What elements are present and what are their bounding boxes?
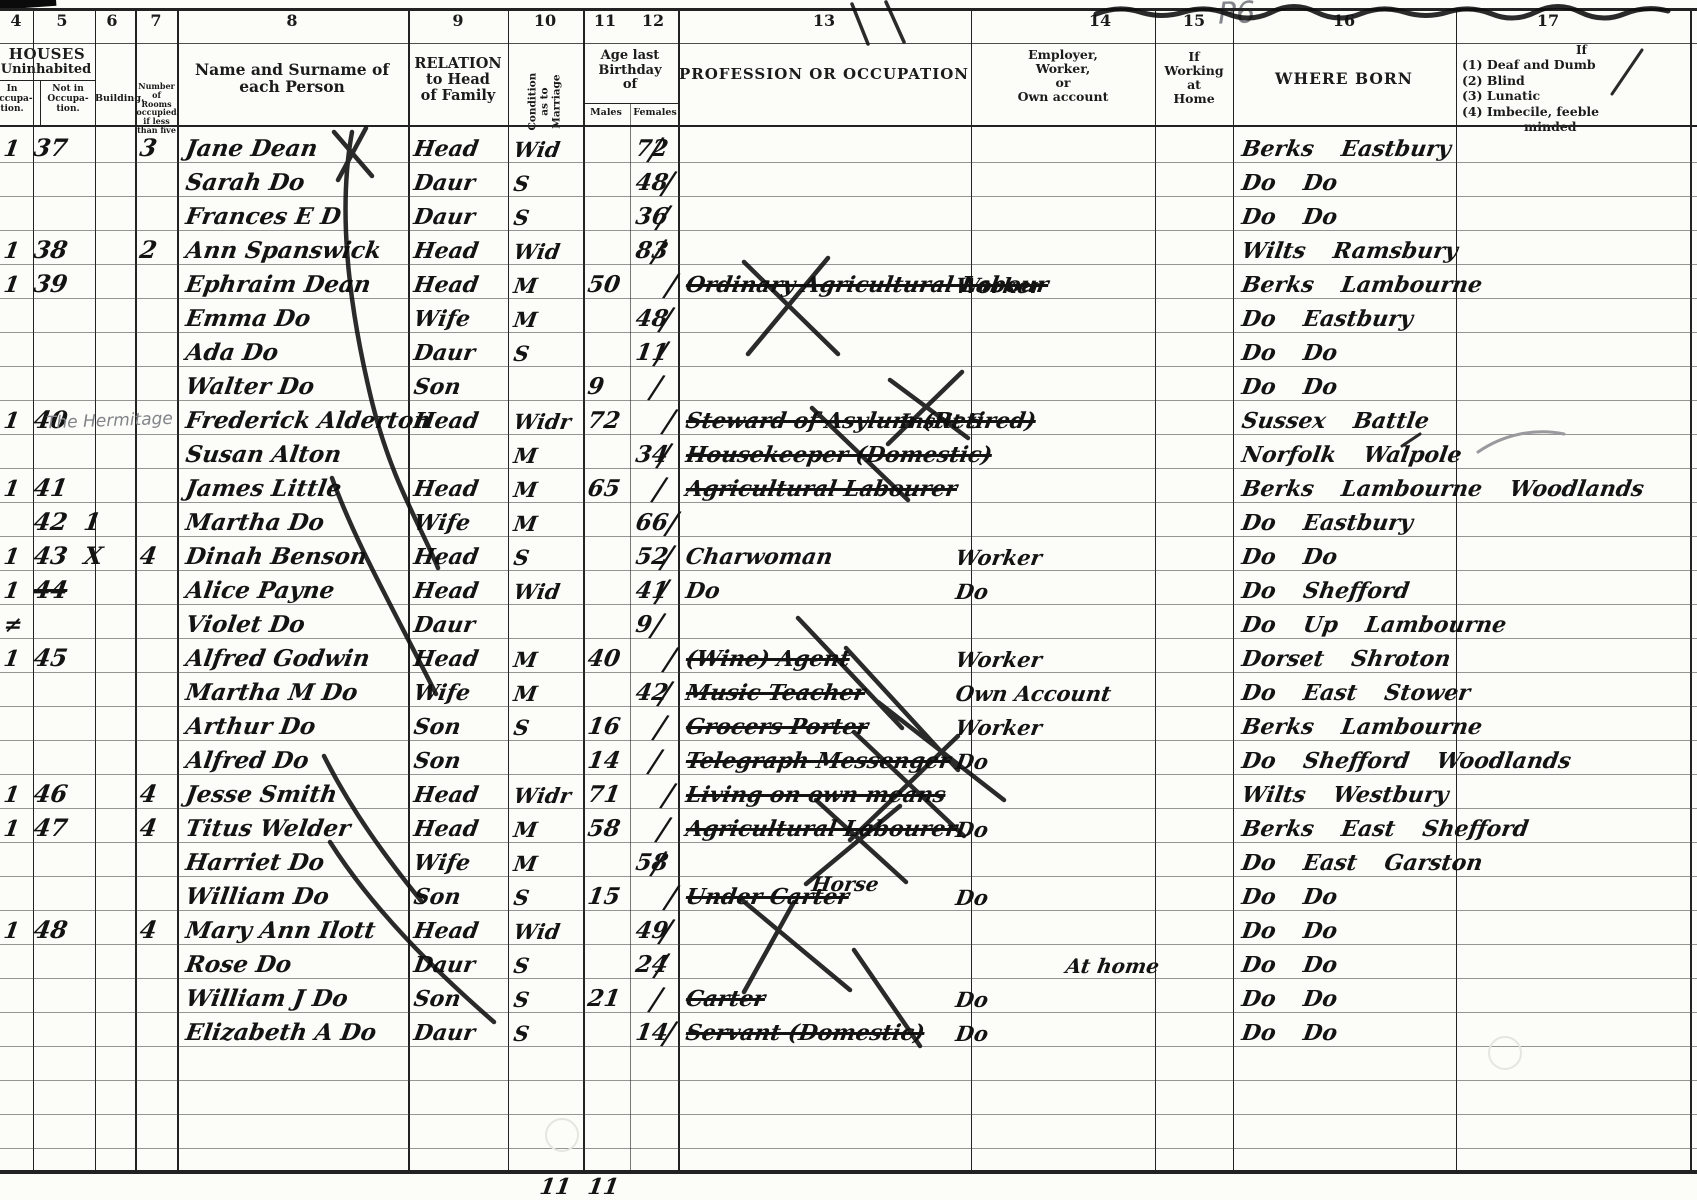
employer-cell: Worker [954, 275, 1043, 296]
name-cell: Frances E D [184, 205, 342, 228]
relation-cell: Daur [412, 954, 476, 976]
employer-cell: Do [954, 751, 990, 772]
census-row: Emma DoWifeM48Do Eastbury/ [0, 298, 1697, 332]
name-cell: Ann Spanswick [184, 239, 383, 262]
census-row: 140Frederick AldertonHeadWidr72Steward o… [0, 400, 1697, 434]
females-subheader: Females [633, 108, 676, 119]
born-cell: Dorset Shroton [1240, 648, 1452, 670]
name-surname-header: Name and Surname of each Person [195, 61, 389, 96]
rooms-cell: 4 [138, 782, 159, 806]
name-cell: Alfred Do [184, 749, 310, 772]
occupation-cell: Do [684, 580, 721, 602]
relation-cell: Wife [412, 682, 472, 704]
relation-cell: Wife [412, 512, 472, 534]
census-row: Harriet DoWifeM58Do East Garston/ [0, 842, 1697, 876]
tick-cell: 1 [2, 274, 21, 296]
name-cell: Martha Do [184, 511, 326, 534]
condition-cell: M [512, 853, 539, 874]
born-cell: Do Eastbury [1240, 512, 1414, 534]
name-cell: Sarah Do [184, 171, 306, 194]
relation-cell: Head [412, 410, 480, 432]
occupation-cell: (Wine) Agent [684, 648, 851, 670]
name-cell: Jane Dean [184, 137, 319, 160]
where-born-header: WHERE BORN [1275, 70, 1413, 87]
employer-cell: Do [954, 819, 990, 840]
age-header: Age last Birthday of [598, 49, 661, 93]
relation-cell: Head [412, 138, 480, 160]
census-row: Elizabeth A DoDaurS14Servant (Domestic)D… [0, 1012, 1697, 1046]
tick-cell: 1 [2, 920, 21, 942]
born-cell: Wilts Westbury [1240, 784, 1450, 806]
rule-line [0, 1170, 1697, 1174]
relation-cell: Head [412, 818, 480, 840]
rule-line [0, 1080, 1697, 1081]
condition-cell: Wid [512, 139, 561, 160]
name-cell: William Do [184, 885, 331, 908]
born-cell: Do Do [1240, 954, 1339, 976]
sched-cell: 41 [32, 476, 69, 500]
tick-cell: ≠ [2, 614, 24, 636]
born-cell: Do East Stower [1240, 682, 1471, 704]
occupation-cell: Music Teacher [684, 682, 867, 704]
name-cell: Mary Ann Ilott [184, 919, 377, 942]
rule-line [0, 43, 1697, 44]
born-cell: Do East Garston [1240, 852, 1484, 874]
uninhabited-header: Uninhabited [0, 63, 98, 78]
census-row: 143X4Dinah BensonHeadS52CharwomanWorkerD… [0, 536, 1697, 570]
column-number: 10 [534, 12, 556, 30]
condition-cell: M [512, 309, 539, 330]
name-cell: Dinah Benson [184, 545, 369, 568]
born-cell: Wilts Ramsbury [1240, 240, 1459, 262]
name-cell: William J Do [184, 987, 349, 1010]
relation-cell: Wife [412, 308, 472, 330]
name-cell: Walter Do [184, 375, 316, 398]
name-cell: Harriet Do [184, 851, 326, 874]
name-cell: James Little [184, 477, 343, 500]
relation-cell: Son [412, 716, 462, 738]
condition-cell: M [512, 445, 539, 466]
rule-line [0, 80, 95, 81]
born-cell: Do Do [1240, 1022, 1339, 1044]
relation-cell: Daur [412, 342, 476, 364]
building-header: Building. [95, 94, 135, 105]
in-occupation-header: In Occupa- tion. [0, 84, 40, 114]
rooms-cell: 2 [138, 238, 159, 262]
age-male-cell: 15 [586, 885, 622, 908]
relation-cell: Head [412, 274, 480, 296]
condition-cell: S [512, 547, 530, 568]
relation-cell: Head [412, 784, 480, 806]
name-cell: Martha M Do [184, 681, 359, 704]
at-home-cell: At home [1064, 956, 1160, 976]
born-cell: Norfolk Walpole [1240, 444, 1463, 466]
born-cell: Berks Lambourne [1240, 716, 1484, 738]
condition-cell: M [512, 513, 539, 534]
census-row: 1382Ann SpanswickHeadWid83Wilts Ramsbury… [0, 230, 1697, 264]
age-male-cell: 21 [586, 987, 622, 1010]
census-page-scan: 4567891011121314151617 HOUSES Uninhabite… [0, 0, 1697, 1200]
census-row: ≠Violet DoDaur9Do Up Lambourne/ [0, 604, 1697, 638]
column-number: 9 [452, 12, 463, 30]
tick-cell: 1 [2, 580, 21, 602]
born-cell: Do Do [1240, 206, 1339, 228]
born-cell: Do Shefford Woodlands [1240, 750, 1572, 772]
census-row: Susan AltonM34Housekeeper (Domestic)Norf… [0, 434, 1697, 468]
column-number: 4 [10, 12, 21, 30]
age-male-cell: 72 [586, 409, 622, 432]
condition-cell: Wid [512, 581, 561, 602]
age-male-cell: 65 [586, 477, 622, 500]
born-cell: Berks Eastbury [1240, 138, 1452, 160]
column-number: 12 [642, 12, 664, 30]
born-cell: Do Do [1240, 342, 1339, 364]
rule-line [0, 1148, 1697, 1149]
born-cell: Berks Lambourne [1240, 274, 1484, 296]
born-cell: Do Do [1240, 920, 1339, 942]
mark-cell: 1 [82, 510, 103, 534]
employer-cell: Worker [954, 717, 1043, 738]
scan-spot [1488, 1036, 1522, 1070]
age-male-cell: 40 [586, 647, 622, 670]
occupation-note: Instit S [898, 411, 984, 431]
pencil-page-number: P6 [1217, 0, 1255, 32]
name-cell: Susan Alton [184, 443, 343, 466]
rule-line [0, 8, 1697, 11]
condition-cell: M [512, 275, 539, 296]
not-in-occupation-header: Not in Occupa- tion. [41, 84, 95, 114]
age-female-cell: 66 [634, 511, 670, 534]
occupation-cell: Steward of Asylum (Retired) [684, 410, 1037, 432]
condition-cell: Wid [512, 921, 561, 942]
census-row: 144Alice PayneHeadWid41DoDoDo Shefford/ [0, 570, 1697, 604]
sched-cell: 45 [32, 646, 69, 670]
rule-line [0, 125, 1697, 127]
column-number: 6 [106, 12, 117, 30]
census-row: 1373Jane DeanHeadWid72Berks Eastbury/ [0, 128, 1697, 162]
condition-cell: M [512, 479, 539, 500]
census-row: Alfred DoSon14Telegraph MessengerDoDo Sh… [0, 740, 1697, 774]
infirmity-item: (4) Imbecile, feeble [1462, 104, 1694, 120]
census-row: 421Martha DoWifeM66Do Eastbury/ [0, 502, 1697, 536]
employer-cell: Worker [954, 547, 1043, 568]
sched-cell: 42 [32, 510, 69, 534]
name-cell: Emma Do [184, 307, 312, 330]
age-male-cell: 50 [586, 273, 622, 296]
sched-cell: 43 [32, 544, 69, 568]
born-cell: Do Do [1240, 172, 1339, 194]
age-male-cell: 9 [586, 375, 606, 398]
rule-line [0, 1046, 1697, 1047]
name-cell: Ada Do [184, 341, 280, 364]
census-row: 1474Titus WelderHeadM58Agricultural Labo… [0, 808, 1697, 842]
relation-cell: Daur [412, 206, 476, 228]
total-females: 11 [586, 1176, 620, 1198]
relation-cell: Son [412, 750, 462, 772]
rooms-cell: 3 [138, 136, 159, 160]
condition-cell: S [512, 207, 530, 228]
infirmity-item: (3) Lunatic [1462, 88, 1694, 104]
relation-cell: Head [412, 648, 480, 670]
census-row: William DoSonS15Under CarterDoDo DoHorse… [0, 876, 1697, 910]
occupation-cell: Carter [684, 988, 767, 1010]
occupation-note: Horse [810, 874, 880, 894]
mark-cell: X [82, 544, 104, 568]
tick-cell: 1 [2, 138, 21, 160]
relation-cell: Head [412, 240, 480, 262]
census-row: Ada DoDaurS11Do Do/ [0, 332, 1697, 366]
sched-cell: 44 [32, 578, 69, 602]
infirmity-item: (2) Blind [1462, 73, 1694, 89]
tick-cell: 1 [2, 240, 21, 262]
column-number: 7 [150, 12, 161, 30]
column-number: 8 [286, 12, 297, 30]
born-cell: Do Do [1240, 886, 1339, 908]
sched-cell: 46 [32, 782, 69, 806]
relation-cell: Son [412, 988, 462, 1010]
address-note: The Hermitage [46, 409, 173, 433]
occupation-cell: Servant (Domestic) [684, 1022, 926, 1044]
occupation-cell: Grocers Porter [684, 716, 870, 738]
condition-cell: S [512, 343, 530, 364]
census-row: 1484Mary Ann IlottHeadWid49Do Do/ [0, 910, 1697, 944]
occupation-cell: Charwoman [684, 546, 834, 568]
column-number: 16 [1333, 12, 1355, 30]
sched-cell: 37 [32, 136, 69, 160]
condition-header: Condition as to Marriage [513, 46, 577, 124]
name-cell: Rose Do [184, 953, 293, 976]
rule-line [40, 80, 41, 125]
tick-cell: 1 [2, 784, 21, 806]
occupation-cell: Living on own means [684, 784, 947, 806]
age-male-cell: 16 [586, 715, 622, 738]
tick-cell: 1 [2, 818, 21, 840]
employer-cell: Do [954, 581, 990, 602]
occupation-cell: Agricultural Labourer [684, 818, 959, 840]
condition-cell: M [512, 683, 539, 704]
age-male-cell: 71 [586, 783, 622, 806]
census-row: Martha M DoWifeM42Music TeacherOwn Accou… [0, 672, 1697, 706]
census-row: William J DoSonS21CarterDoDo Do/ [0, 978, 1697, 1012]
sched-cell: 47 [32, 816, 69, 840]
relation-cell: Son [412, 376, 462, 398]
census-row: 145Alfred GodwinHeadM40(Wine) AgentWorke… [0, 638, 1697, 672]
infirmity-header: (1) Deaf and Dumb(2) Blind(3) Lunatic(4)… [1462, 57, 1694, 135]
name-cell: Alice Payne [184, 579, 336, 602]
census-row: 139Ephraim DeanHeadM50Ordinary Agricultu… [0, 264, 1697, 298]
rule-line [0, 1114, 1697, 1115]
born-cell: Berks East Shefford [1240, 818, 1530, 840]
condition-cell: Widr [512, 785, 572, 806]
relation-cell: Son [412, 886, 462, 908]
rooms-cell: 4 [138, 918, 159, 942]
occupation-cell: Housekeeper (Domestic) [684, 444, 993, 466]
employer-cell: Own Account [954, 683, 1112, 704]
age-male-cell: 14 [586, 749, 622, 772]
total-males: 11 [538, 1176, 572, 1198]
born-cell: Do Do [1240, 546, 1339, 568]
scan-spot [545, 1118, 579, 1152]
census-row: Rose DoDaurS24At homeDo Do/ [0, 944, 1697, 978]
column-number: 11 [594, 12, 616, 30]
employer-cell: Do [954, 1023, 990, 1044]
name-cell: Violet Do [184, 613, 306, 636]
condition-cell: S [512, 955, 530, 976]
census-row: 141James LittleHeadM65Agricultural Labou… [0, 468, 1697, 502]
sched-cell: 39 [32, 272, 69, 296]
column-number: 17 [1537, 12, 1559, 30]
employer-cell: Worker [954, 649, 1043, 670]
condition-cell: M [512, 649, 539, 670]
name-cell: Arthur Do [184, 715, 317, 738]
condition-cell: S [512, 717, 530, 738]
age-male-cell: 58 [586, 817, 622, 840]
infirmity-if-header: If [1576, 44, 1587, 57]
column-number: 14 [1089, 12, 1111, 30]
born-cell: Do Do [1240, 376, 1339, 398]
condition-cell: S [512, 887, 530, 908]
employer-cell: Do [954, 887, 990, 908]
relation-cell: Wife [412, 852, 472, 874]
born-cell: Do Shefford [1240, 580, 1411, 602]
tick-cell: 1 [2, 410, 21, 432]
condition-cell: S [512, 989, 530, 1010]
name-cell: Jesse Smith [184, 783, 339, 806]
relation-cell: Head [412, 478, 480, 500]
profession-header: PROFESSION OR OCCUPATION [679, 66, 969, 83]
name-cell: Alfred Godwin [184, 647, 371, 670]
column-number: 5 [56, 12, 67, 30]
infirmity-item: (1) Deaf and Dumb [1462, 57, 1694, 73]
name-cell: Elizabeth A Do [184, 1021, 378, 1044]
employer-header: Employer, Worker, or Own account [1018, 48, 1109, 104]
born-cell: Berks Lambourne Woodlands [1240, 478, 1645, 500]
born-cell: Do Up Lambourne [1240, 614, 1508, 636]
name-cell: Ephraim Dean [184, 273, 372, 296]
occupation-cell: Agricultural Labourer [684, 478, 959, 500]
census-row: Walter DoSon9Do Do/ [0, 366, 1697, 400]
column-number: 13 [813, 12, 835, 30]
census-row: 1464Jesse SmithHeadWidr71Living on own m… [0, 774, 1697, 808]
tick-cell: 1 [2, 546, 21, 568]
tick-cell: 1 [2, 478, 21, 500]
born-cell: Sussex Battle [1240, 410, 1430, 432]
relation-cell: Daur [412, 614, 476, 636]
relation-cell: Daur [412, 1022, 476, 1044]
condition-cell: S [512, 173, 530, 194]
occupation-cell: Telegraph Messenger [684, 750, 952, 772]
sched-cell: 48 [32, 918, 69, 942]
column-number: 15 [1183, 12, 1205, 30]
condition-cell: S [512, 1023, 530, 1044]
relation-cell: Daur [412, 172, 476, 194]
census-row: Sarah DoDaurS48Do Do/ [0, 162, 1697, 196]
houses-header: HOUSES [0, 46, 102, 63]
relation-cell: Head [412, 580, 480, 602]
condition-cell: Wid [512, 241, 561, 262]
employer-cell: Do [954, 989, 990, 1010]
born-cell: Do Do [1240, 988, 1339, 1010]
sched-cell: 38 [32, 238, 69, 262]
condition-cell: Widr [512, 411, 572, 432]
males-subheader: Males [590, 108, 622, 119]
tick-cell: 1 [2, 648, 21, 670]
rooms-cell: 4 [138, 544, 159, 568]
name-cell: Frederick Alderton [184, 409, 432, 432]
relation-cell: Head [412, 920, 480, 942]
relation-cell: Head [412, 546, 480, 568]
working-at-home-header: If Working at Home [1164, 50, 1223, 106]
condition-cell: M [512, 819, 539, 840]
rule-line [583, 103, 678, 104]
born-cell: Do Eastbury [1240, 308, 1414, 330]
relation-header: RELATION to Head of Family [414, 56, 501, 105]
rooms-cell: 4 [138, 816, 159, 840]
census-row: Arthur DoSonS16Grocers PorterWorkerBerks… [0, 706, 1697, 740]
census-row: Frances E DDaurS36Do Do/ [0, 196, 1697, 230]
name-cell: Titus Welder [184, 817, 352, 840]
